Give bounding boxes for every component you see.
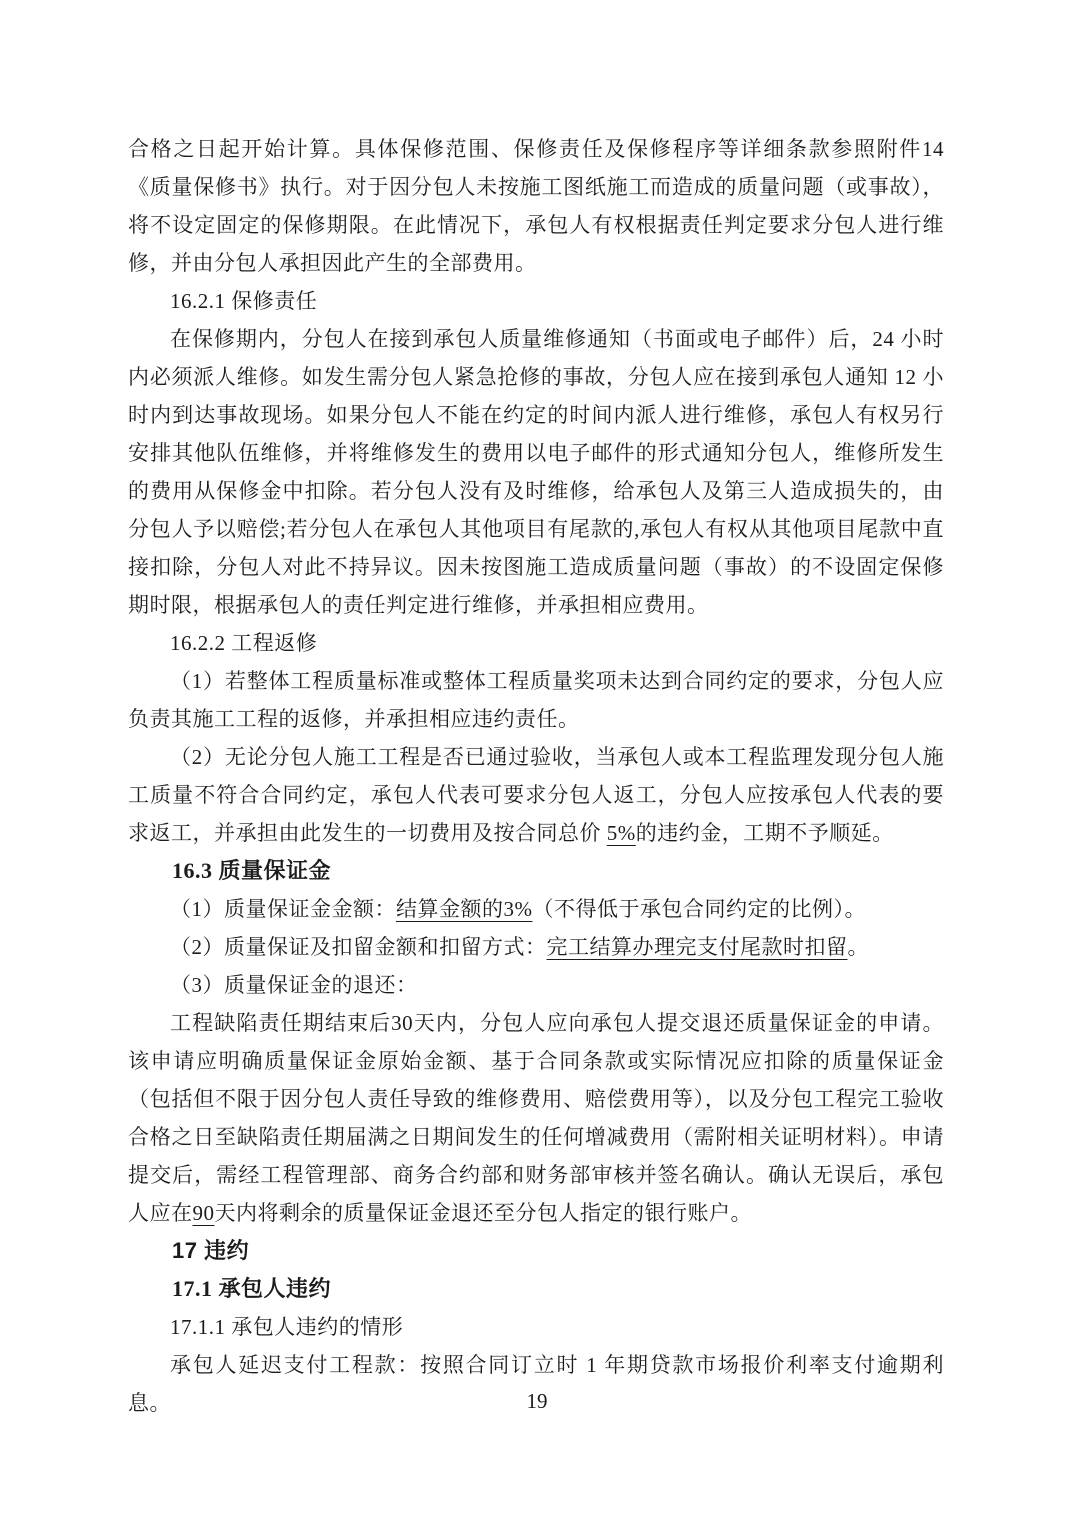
text-run: 16.2.2 工程返修 [170, 631, 317, 655]
text-run: 工程缺陷责任期结束后30天内，分包人应向承包人提交退还质量保证金的申请。该申请应… [128, 1011, 944, 1225]
underlined-contract-value: 结算金额的3% [396, 897, 533, 921]
text-run: 16.2.1 保修责任 [170, 289, 317, 313]
text-run: 的违约金，工期不予顺延。 [636, 821, 894, 845]
text-run: 16.3 质量保证金 [172, 858, 331, 883]
text-run: （1）若整体工程质量标准或整体工程质量奖项未达到合同约定的要求，分包人应负责其施… [128, 669, 944, 731]
paragraph: （1）若整体工程质量标准或整体工程质量奖项未达到合同约定的要求，分包人应负责其施… [128, 662, 944, 738]
text-run: 17 违约 [172, 1238, 249, 1263]
document-page: 合格之日起开始计算。具体保修范围、保修责任及保修程序等详细条款参照附件14《质量… [0, 0, 1074, 1520]
paragraph: （2）无论分包人施工工程是否已通过验收，当承包人或本工程监理发现分包人施工质量不… [128, 738, 944, 852]
section-subheading: 16.2.2 工程返修 [128, 624, 944, 662]
page-footer: 19 [0, 1386, 1074, 1416]
text-run: 17.1.1 承包人违约的情形 [170, 1315, 403, 1339]
underlined-contract-value: 5% [607, 821, 636, 845]
text-run: 合格之日起开始计算。具体保修范围、保修责任及保修程序等详细条款参照附件14《质量… [128, 137, 944, 275]
underlined-contract-value: 完工结算办理完支付尾款时扣留 [547, 935, 848, 959]
paragraph: 合格之日起开始计算。具体保修范围、保修责任及保修程序等详细条款参照附件14《质量… [128, 130, 944, 282]
section-heading: 17.1 承包人违约 [128, 1270, 944, 1308]
text-run: 天内将剩余的质量保证金退还至分包人指定的银行账户。 [215, 1201, 753, 1225]
text-run: 在保修期内，分包人在接到承包人质量维修通知（书面或电子邮件）后，24 小时内必须… [128, 327, 944, 617]
underlined-contract-value: 90 [193, 1201, 215, 1225]
text-run: （3）质量保证金的退还： [170, 973, 418, 997]
paragraph: 工程缺陷责任期结束后30天内，分包人应向承包人提交退还质量保证金的申请。该申请应… [128, 1004, 944, 1232]
text-run: （2）质量保证及扣留金额和扣留方式： [170, 935, 547, 959]
text-run: 17.1 承包人违约 [172, 1276, 331, 1301]
section-subheading: 17.1.1 承包人违约的情形 [128, 1308, 944, 1346]
paragraph: （3）质量保证金的退还： [128, 966, 944, 1004]
text-run: 。 [848, 935, 870, 959]
chapter-heading: 17 违约 [128, 1232, 944, 1270]
page-number: 19 [527, 1389, 548, 1413]
text-run: （1）质量保证金金额： [170, 897, 396, 921]
text-run: （不得低于承包合同约定的比例）。 [533, 897, 867, 921]
section-heading: 16.3 质量保证金 [128, 852, 944, 890]
paragraph: 在保修期内，分包人在接到承包人质量维修通知（书面或电子邮件）后，24 小时内必须… [128, 320, 944, 624]
paragraph: （1）质量保证金金额：结算金额的3%（不得低于承包合同约定的比例）。 [128, 890, 944, 928]
document-body: 合格之日起开始计算。具体保修范围、保修责任及保修程序等详细条款参照附件14《质量… [128, 130, 944, 1422]
section-subheading: 16.2.1 保修责任 [128, 282, 944, 320]
paragraph: （2）质量保证及扣留金额和扣留方式：完工结算办理完支付尾款时扣留。 [128, 928, 944, 966]
